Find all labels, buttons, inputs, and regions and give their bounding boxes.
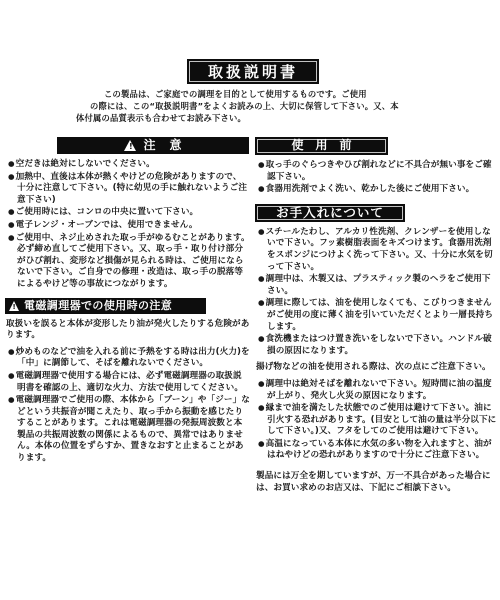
list-item: 電子レンジ・オーブンでは、使用できません。 xyxy=(8,219,250,232)
list-item: 空だきは絶対にしないでください。 xyxy=(8,158,250,171)
list-item: 調理に際しては、油を使用しなくても、こびりつきませんがご使用の度に薄く油を引いて… xyxy=(258,297,497,333)
list-item: 縁まで油を満たした状態でのご使用は避けて下さい。油に引火する恐れがあります。(目… xyxy=(258,402,497,438)
list-item: 高温になっている本体に水気の多い物を入れますと、油がはねやけどの恐れがありますの… xyxy=(258,438,497,462)
right-column: 使用前 取っ手のぐらつきやひび割れなどに不具合が無い事をご確認下さい。 食器用洗… xyxy=(255,137,497,494)
list-item: ご使用中、ネジ止めされた取っ手がゆるむことがあります。必ず締め直してご使用下さい… xyxy=(8,232,250,291)
care-header-label: お手入れについて xyxy=(276,207,384,219)
left-column: 注意 空だきは絶対にしないでください。 加熱中、直後は本体が熱くやけどの危険があ… xyxy=(5,137,250,465)
caution-header-label: 注意 xyxy=(143,140,195,152)
closing-note: 製品には万全を期していますが、万一不具合があった場合には、お買い求めのお店又は、… xyxy=(256,471,497,494)
induction-list: 炒めものなどで油を入れる前に予熱をする時は出力(火力)を「中」に調節して、そばを… xyxy=(5,346,250,465)
induction-section-header: 電磁調理器での使用時の注意 xyxy=(5,298,206,314)
before-use-list: 取っ手のぐらつきやひび割れなどに不具合が無い事をご確認下さい。 食器用洗剤でよく… xyxy=(255,159,497,196)
intro-line: この製品は、ご家庭での調理を目的として使用するものです。ご使用 xyxy=(76,88,418,100)
induction-lead-text: 取扱いを誤ると本体が変形したり油が発火したりする危険があります。 xyxy=(5,319,250,342)
intro-paragraph: この製品は、ご家庭での調理を目的として使用するものです。ご使用 の際には、この“… xyxy=(76,88,418,124)
induction-header-label: 電磁調理器での使用時の注意 xyxy=(24,300,172,312)
list-item: 電磁調理器でご使用の際、本体から「ブーン」や「ジー」などという共振音が聞こえたり… xyxy=(8,394,250,465)
intro-line: 体付属の品質表示も合わせてお読み下さい。 xyxy=(76,112,418,124)
list-item: 炒めものなどで油を入れる前に予熱をする時は出力(火力)を「中」に調節して、そばを… xyxy=(8,346,250,370)
warning-triangle-icon xyxy=(124,140,136,151)
frying-lead-text: 揚げ物などの油を使用される際は、次の点にご注意下さい。 xyxy=(255,362,497,374)
list-item: スチールたわし、アルカリ性洗剤、クレンザーを使用しないで下さい。フッ素樹脂表面を… xyxy=(258,226,497,273)
list-item: 食器用洗剤でよく洗い、乾かした後にご使用下さい。 xyxy=(258,183,497,196)
list-item: 調理中は絶対そばを離れないで下さい。短時間に油の温度が上がり、発火し火災の原因に… xyxy=(258,378,497,402)
care-list: スチールたわし、アルカリ性洗剤、クレンザーを使用しないで下さい。フッ素樹脂表面を… xyxy=(255,226,497,358)
list-item: 食洗機またはつけ置き洗いをしないで下さい。ハンドル破損の原因になります。 xyxy=(258,333,497,357)
list-item: 取っ手のぐらつきやひび割れなどに不具合が無い事をご確認下さい。 xyxy=(258,159,497,183)
before-use-section-header: 使用前 xyxy=(255,137,388,155)
list-item: 加熱中、直後は本体が熱くやけどの危険がありますので、十分に注意して下さい。(特に… xyxy=(8,171,250,207)
list-item: ご使用時には、コンロの中央に置いて下さい。 xyxy=(8,206,250,219)
before-use-header-label: 使用前 xyxy=(291,140,363,152)
page-title-text: 取扱説明書 xyxy=(208,61,298,82)
caution-list: 空だきは絶対にしないでください。 加熱中、直後は本体が熱くやけどの危険があります… xyxy=(5,158,250,291)
list-item: 電磁調理器で使用する場合には、必ず電磁調理器の取扱説明書を確認の上、適切な火力、… xyxy=(8,370,250,394)
list-item: 調理中は、木製又は、プラスティック製のヘラをご使用下さい。 xyxy=(258,273,497,297)
page-title: 取扱説明書 xyxy=(187,59,319,84)
care-section-header: お手入れについて xyxy=(255,204,405,222)
warning-triangle-icon xyxy=(9,301,19,311)
caution-section-header: 注意 xyxy=(57,137,249,154)
manual-page: 取扱説明書 この製品は、ご家庭での調理を目的として使用するものです。ご使用 の際… xyxy=(0,0,500,600)
frying-list: 調理中は絶対そばを離れないで下さい。短時間に油の温度が上がり、発火し火災の原因に… xyxy=(255,378,497,462)
intro-line: の際には、この“取扱説明書”をよくお読みの上、大切に保管して下さい。又、本 xyxy=(76,100,418,112)
